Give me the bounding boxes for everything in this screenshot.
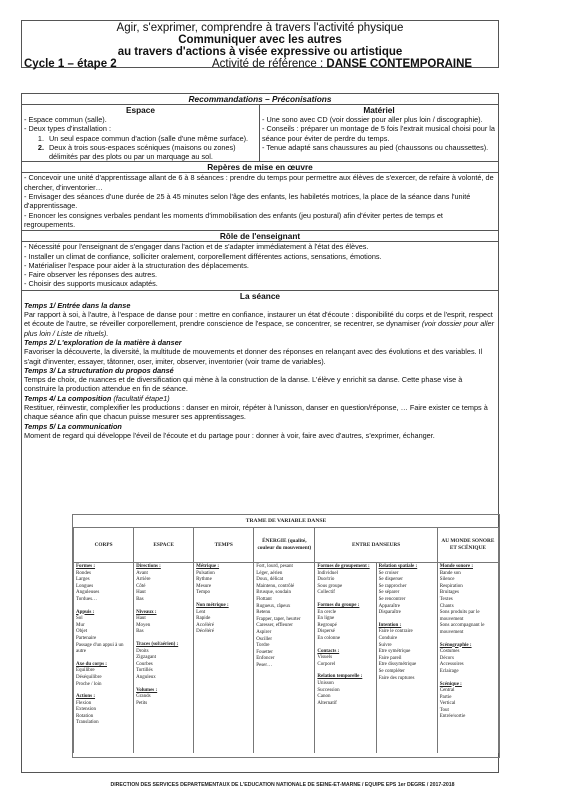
trame-header-corps: CORPS <box>74 528 134 563</box>
variable-item: Se séparer <box>379 590 435 597</box>
trame-header-energie: ÉNERGIE (qualité, couleur du mouvement) <box>254 528 315 563</box>
materiel-column: Matériel - Une sono avec CD (voir dossie… <box>260 105 498 161</box>
variable-item: Accéléré <box>196 623 251 630</box>
variable-item: En ligne <box>317 616 373 623</box>
variable-item: Se disperser <box>379 577 435 584</box>
temps-heading: Temps 5/ La communication <box>24 422 496 431</box>
role-line: - Matérialiser l'espace pour aider à la … <box>24 261 496 270</box>
recommandations-title: Recommandations – Préconisations <box>22 94 498 105</box>
variable-group-heading: Volumes : <box>136 688 191 695</box>
item-number: 1. <box>24 134 49 143</box>
variable-item: Corporel <box>317 662 373 669</box>
reference-value: DANSE CONTEMPORAINE <box>326 58 472 70</box>
item-text: Un seul espace commun d'action (salle d'… <box>49 134 248 143</box>
variable-item: Zigzagant <box>136 655 191 662</box>
variable-item: Etre dissymétrique <box>379 662 435 669</box>
variable-item: Se croiser <box>379 571 435 578</box>
variable-item: Passage d'un appui à un autre <box>76 643 131 656</box>
variable-item: Tordues… <box>76 597 131 604</box>
variable-group-heading: Scénographie : <box>440 643 496 650</box>
variable-item: Tempo <box>196 590 251 597</box>
variable-item: Pulsation <box>196 571 251 578</box>
variable-item: Central <box>440 688 496 695</box>
variable-item: Anguleux <box>136 675 191 682</box>
variable-item: Disparaître <box>379 610 435 617</box>
variable-item: Rugueux, râpeux <box>256 604 312 611</box>
variable-item: Tout <box>440 708 496 715</box>
variable-item: Mesure <box>196 584 251 591</box>
materiel-heading: Matériel <box>262 105 496 115</box>
reperes-line: - Envisager des séances d'une durée de 2… <box>24 192 496 211</box>
variable-item: Arrière <box>136 577 191 584</box>
variable-group-heading: Non métrique : <box>196 603 251 610</box>
variable-item: Retenu <box>256 610 312 617</box>
variable-item: Rotation <box>76 714 131 721</box>
cycle-line: Cycle 1 – étape 2 Activité de référence … <box>22 58 498 70</box>
variable-group-heading: Intention : <box>379 623 435 630</box>
variable-item: Tordre <box>256 643 312 650</box>
item-text: Deux à trois sous-espaces scéniques (mai… <box>49 143 257 162</box>
trame-header-row: CORPS ESPACE TEMPS ÉNERGIE (qualité, cou… <box>74 528 499 563</box>
variable-item: Sol <box>76 616 131 623</box>
variable-item: Côté <box>136 584 191 591</box>
espace-heading: Espace <box>24 105 257 115</box>
variable-item: Visuels <box>317 655 373 662</box>
variable-item: Flottant <box>256 597 312 604</box>
recommandations-section: Espace - Espace commun (salle). - Deux t… <box>22 105 498 162</box>
variable-item: Conduire <box>379 636 435 643</box>
variable-item: Bruitages <box>440 590 496 597</box>
variable-item: Alternatif <box>317 701 373 708</box>
trame-cell: Fort, lourd, pesantLéger, aérienDoux, dé… <box>254 563 315 754</box>
variable-item: Léger, aérien <box>256 571 312 578</box>
variable-item: Larges <box>76 577 131 584</box>
variable-item: Individuel <box>317 571 373 578</box>
item-number: 2. <box>24 143 49 162</box>
variable-item: Se rencontrer <box>379 597 435 604</box>
materiel-line: - Tenue adapté sans chaussures au pied (… <box>262 143 496 152</box>
variable-item: Haut <box>136 590 191 597</box>
variable-item: Silence <box>440 577 496 584</box>
variable-item: Faire des ruptures <box>379 676 435 683</box>
role-line: - Nécessité pour l'enseignant de s'engag… <box>24 242 496 251</box>
variable-item: Moyen <box>136 623 191 630</box>
temps-text: Par rapport à soi, à l'autre, à l'espace… <box>24 310 496 338</box>
variable-item: Courbes <box>136 662 191 669</box>
role-line: - Choisir des supports musicaux adaptés. <box>24 279 496 288</box>
variable-group-heading: Métrique : <box>196 564 251 571</box>
variable-item: Respiration <box>440 584 496 591</box>
variable-item: Accessoires <box>440 662 496 669</box>
cycle-label: Cycle 1 – étape 2 <box>24 58 212 70</box>
variable-item: Succession <box>317 688 373 695</box>
trame-cell: Relation spatiale :Se croiserSe disperse… <box>376 563 437 754</box>
trame-header-entre-danseurs: ENTRE DANSEURS <box>315 528 437 563</box>
variable-item: Fort, lourd, pesant <box>256 564 312 571</box>
variable-group-heading: Traces (sol/aérien) : <box>136 642 191 649</box>
variable-item: Unisson <box>317 681 373 688</box>
variable-item: Fouetter <box>256 650 312 657</box>
variable-item: Entrée/sortie <box>440 714 496 721</box>
variable-group-heading: Relation spatiale : <box>379 564 435 571</box>
variable-item: Frapper, taper, heurter <box>256 617 312 624</box>
variable-item: Bas <box>136 629 191 636</box>
variable-item: Déséquilibre <box>76 675 131 682</box>
variable-item: Décéléré <box>196 629 251 636</box>
trame-title: TRAME DE VARIABLE DANSE <box>73 515 499 528</box>
trame-cell: Monde sonore :Bande sonSilenceRespiratio… <box>437 563 498 754</box>
variable-group-heading: Monde sonore : <box>440 564 496 571</box>
variable-item: Longues <box>76 584 131 591</box>
variable-item: Mur <box>76 623 131 630</box>
variable-item: Rondes <box>76 571 131 578</box>
temps-text: Moment de regard qui développe l'éveil d… <box>24 431 496 440</box>
variable-item: Se compléter <box>379 669 435 676</box>
variable-group-heading: Formes : <box>76 564 131 571</box>
variable-item: Regroupé <box>317 623 373 630</box>
role-title: Rôle de l'enseignant <box>22 231 498 242</box>
trame-cell: Formes :RondesLargesLonguesAnguleusesTor… <box>74 563 134 754</box>
reperes-title: Repères de mise en œuvre <box>22 162 498 173</box>
variable-item: Bande son <box>440 571 496 578</box>
variable-item: Extension <box>76 707 131 714</box>
variable-item: Apparaître <box>379 604 435 611</box>
page-footer: DIRECTION DES SERVICES DEPARTEMENTAUX DE… <box>0 782 565 788</box>
seance-section: Temps 1/ Entrée dans la dansePar rapport… <box>22 301 498 441</box>
espace-line: - Deux types d'installation : <box>24 124 257 133</box>
competence-subtitle: au travers d'actions à visée expressive … <box>22 46 498 58</box>
espace-numbered-item: 1. Un seul espace commun d'action (salle… <box>24 134 257 143</box>
variable-item: Grands <box>136 694 191 701</box>
variable-item: Avant <box>136 571 191 578</box>
temps-title: Temps 3/ La structuration du propos dans… <box>24 366 174 375</box>
variable-item: Etre symétrique <box>379 649 435 656</box>
variable-item: Haut <box>136 616 191 623</box>
variable-item: Peser… <box>256 663 312 670</box>
competence-title: Communiquer avec les autres <box>22 34 498 46</box>
temps-note: (facultatif étape1) <box>111 394 169 403</box>
variable-group-heading: Scénique : <box>440 682 496 689</box>
role-section: - Nécessité pour l'enseignant de s'engag… <box>22 242 498 290</box>
variable-item: Maintenu, contrôlé <box>256 584 312 591</box>
variable-item: Dispersé <box>317 629 373 636</box>
variable-item: Bas <box>136 597 191 604</box>
variable-item: Osciller <box>256 637 312 644</box>
variable-group-heading: Niveaux : <box>136 610 191 617</box>
temps-heading: Temps 4/ La composition (facultatif étap… <box>24 394 496 403</box>
variable-item: Vertical <box>440 701 496 708</box>
variable-item: Textes <box>440 597 496 604</box>
materiel-line: - Une sono avec CD (voir dossier pour al… <box>262 115 496 124</box>
variable-item: Costumes <box>440 649 496 656</box>
variable-item: Aspirer <box>256 630 312 637</box>
temps-heading: Temps 3/ La structuration du propos dans… <box>24 366 496 375</box>
variable-item: En colonne <box>317 636 373 643</box>
document-header: Agir, s'exprimer, comprendre à travers l… <box>21 20 499 68</box>
variable-group-heading: Relation temporelle : <box>317 674 373 681</box>
variable-item: Petits <box>136 701 191 708</box>
variable-item: Droits <box>136 649 191 656</box>
variable-item: Duo/trio <box>317 577 373 584</box>
role-line: - Faire observer les réponses des autres… <box>24 270 496 279</box>
espace-column: Espace - Espace commun (salle). - Deux t… <box>22 105 260 161</box>
trame-cell: Directions :AvantArrièreCôtéHautBasNivea… <box>134 563 194 754</box>
variable-item: En cercle <box>317 610 373 617</box>
variable-item: Sous groupe <box>317 584 373 591</box>
variable-item: Se rapprocher <box>379 584 435 591</box>
temps-heading: Temps 1/ Entrée dans la danse <box>24 301 496 310</box>
variable-item: Eclairage <box>440 669 496 676</box>
temps-text: Temps de choix, de nuances et de diversi… <box>24 375 496 394</box>
variable-item: Suivre <box>379 643 435 650</box>
trame-grid: CORPS ESPACE TEMPS ÉNERGIE (qualité, cou… <box>73 528 499 753</box>
materiel-line: - Conseils : préparer un montage de 5 fo… <box>262 124 496 143</box>
variable-item: Enfoncer <box>256 656 312 663</box>
variable-group-heading: Formes du groupe : <box>317 603 373 610</box>
variable-item: Rythme <box>196 577 251 584</box>
variable-group-heading: Actions : <box>76 694 131 701</box>
temps-heading: Temps 2/ L'exploration de la matière à d… <box>24 338 496 347</box>
trame-cell: Métrique :PulsationRythmeMesureTempoNon … <box>194 563 254 754</box>
reference-activity: Activité de référence : DANSE CONTEMPORA… <box>212 58 472 70</box>
domain-title: Agir, s'exprimer, comprendre à travers l… <box>22 22 498 34</box>
trame-cell: Formes de groupement :IndividuelDuo/trio… <box>315 563 376 754</box>
variable-item: Anguleuses <box>76 590 131 597</box>
seance-title: La séance <box>22 291 498 301</box>
variable-item: Tortillés <box>136 668 191 675</box>
variable-item: Brusque, soudain <box>256 590 312 597</box>
variable-item: Sons accompagnant le mouvement <box>440 623 496 636</box>
trame-body-row: Formes :RondesLargesLonguesAnguleusesTor… <box>74 563 499 754</box>
temps-title: Temps 4/ La composition <box>24 394 111 403</box>
role-line: - Installer un climat de confiance, soll… <box>24 252 496 261</box>
trame-variables-table: TRAME DE VARIABLE DANSE CORPS ESPACE TEM… <box>72 514 500 758</box>
variable-item: Faire pareil <box>379 656 435 663</box>
reference-label: Activité de référence : <box>212 58 326 70</box>
variable-item: Proche / loin <box>76 682 131 689</box>
temps-title: Temps 2/ L'exploration de la matière à d… <box>24 338 182 347</box>
variable-item: Décors <box>440 656 496 663</box>
variable-item: Lent <box>196 610 251 617</box>
variable-group-heading: Axe du corps : <box>76 662 131 669</box>
trame-header-temps: TEMPS <box>194 528 254 563</box>
variable-group-heading: Formes de groupement : <box>317 564 373 571</box>
variable-item: Chants <box>440 604 496 611</box>
variable-group-heading: Contacts : <box>317 649 373 656</box>
temps-text: Restituer, réinvestir, complexifier les … <box>24 403 496 422</box>
temps-text: Favoriser la découverte, la diversité, l… <box>24 347 496 366</box>
trame-header-monde-sonore: AU MONDE SONORE ET SCÉNIQUE <box>437 528 498 563</box>
reperes-section: - Concevoir une unité d'apprentissage al… <box>22 173 498 231</box>
variable-item: Partenaire <box>76 636 131 643</box>
variable-item: Doux, délicat <box>256 577 312 584</box>
variable-group-heading: Appuis : <box>76 610 131 617</box>
temps-title: Temps 5/ La communication <box>24 422 122 431</box>
variable-item: Canon <box>317 694 373 701</box>
variable-item: Translation <box>76 720 131 727</box>
variable-item: Objet <box>76 629 131 636</box>
variable-group-heading: Directions : <box>136 564 191 571</box>
variable-item: Flexion <box>76 701 131 708</box>
espace-numbered-item: 2. Deux à trois sous-espaces scéniques (… <box>24 143 257 162</box>
trame-header-espace: ESPACE <box>134 528 194 563</box>
variable-item: Rapide <box>196 616 251 623</box>
variable-item: Faire le contraire <box>379 629 435 636</box>
temps-title: Temps 1/ Entrée dans la danse <box>24 301 130 310</box>
variable-item: Caresser, effleurer <box>256 623 312 630</box>
variable-item: Equilibre <box>76 668 131 675</box>
variable-item: Partie <box>440 695 496 702</box>
reperes-line: - Concevoir une unité d'apprentissage al… <box>24 173 496 192</box>
espace-line: - Espace commun (salle). <box>24 115 257 124</box>
variable-item: Sons produits par le mouvement <box>440 610 496 623</box>
variable-item: Collectif <box>317 590 373 597</box>
reperes-line: - Enoncer les consignes verbales pendant… <box>24 211 496 230</box>
